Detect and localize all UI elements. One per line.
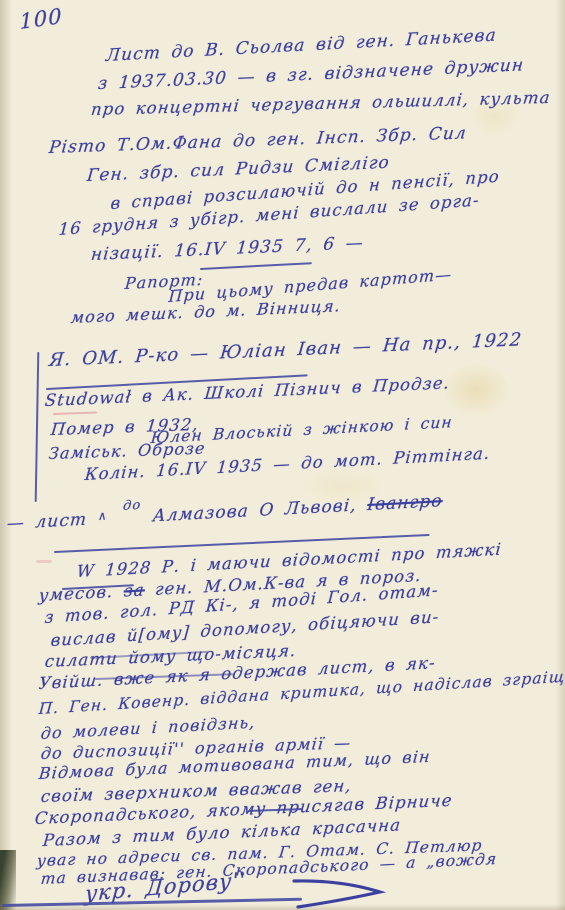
red-ink-mark <box>36 560 52 563</box>
strikethrough-word: Івангро <box>366 491 443 515</box>
right-page-edge-shadow <box>555 0 565 910</box>
line-body: Алмазова О Львові, <box>152 496 358 527</box>
handwritten-line: нізації. 16.IV 1935 7, 6 — <box>90 233 365 265</box>
handwritten-line-with-insertion: — лист ∧ до Алмазова О Львові, Івангро <box>6 491 444 534</box>
strikethrough-word: за <box>123 580 146 600</box>
handwritten-line: про концертні чергування ольшиллі, культ… <box>90 88 552 119</box>
line-lead: — лист <box>6 510 88 534</box>
arrow-flourish <box>292 876 388 910</box>
underline-mark <box>200 262 312 270</box>
line-lead: умесов. <box>38 582 114 605</box>
left-page-edge-shadow <box>0 0 12 910</box>
page-number: 100 <box>19 4 63 34</box>
insertion-caret: ∧ <box>97 509 108 524</box>
handwritten-line: Я. ОМ. Р-ко — Юліан Іван — На пр., 1922 <box>48 329 523 371</box>
red-ink-mark <box>53 411 97 415</box>
handwritten-line: Pismo Т.Ом.Фана до ген. Інсп. Збр. Сил <box>48 123 468 158</box>
bottom-left-dark-corner <box>0 850 16 910</box>
paper-stain <box>440 362 512 418</box>
margin-line <box>35 352 40 502</box>
inserted-word: до <box>122 498 142 514</box>
scanned-manuscript-page: { "document": { "kind": "handwritten man… <box>0 0 565 910</box>
